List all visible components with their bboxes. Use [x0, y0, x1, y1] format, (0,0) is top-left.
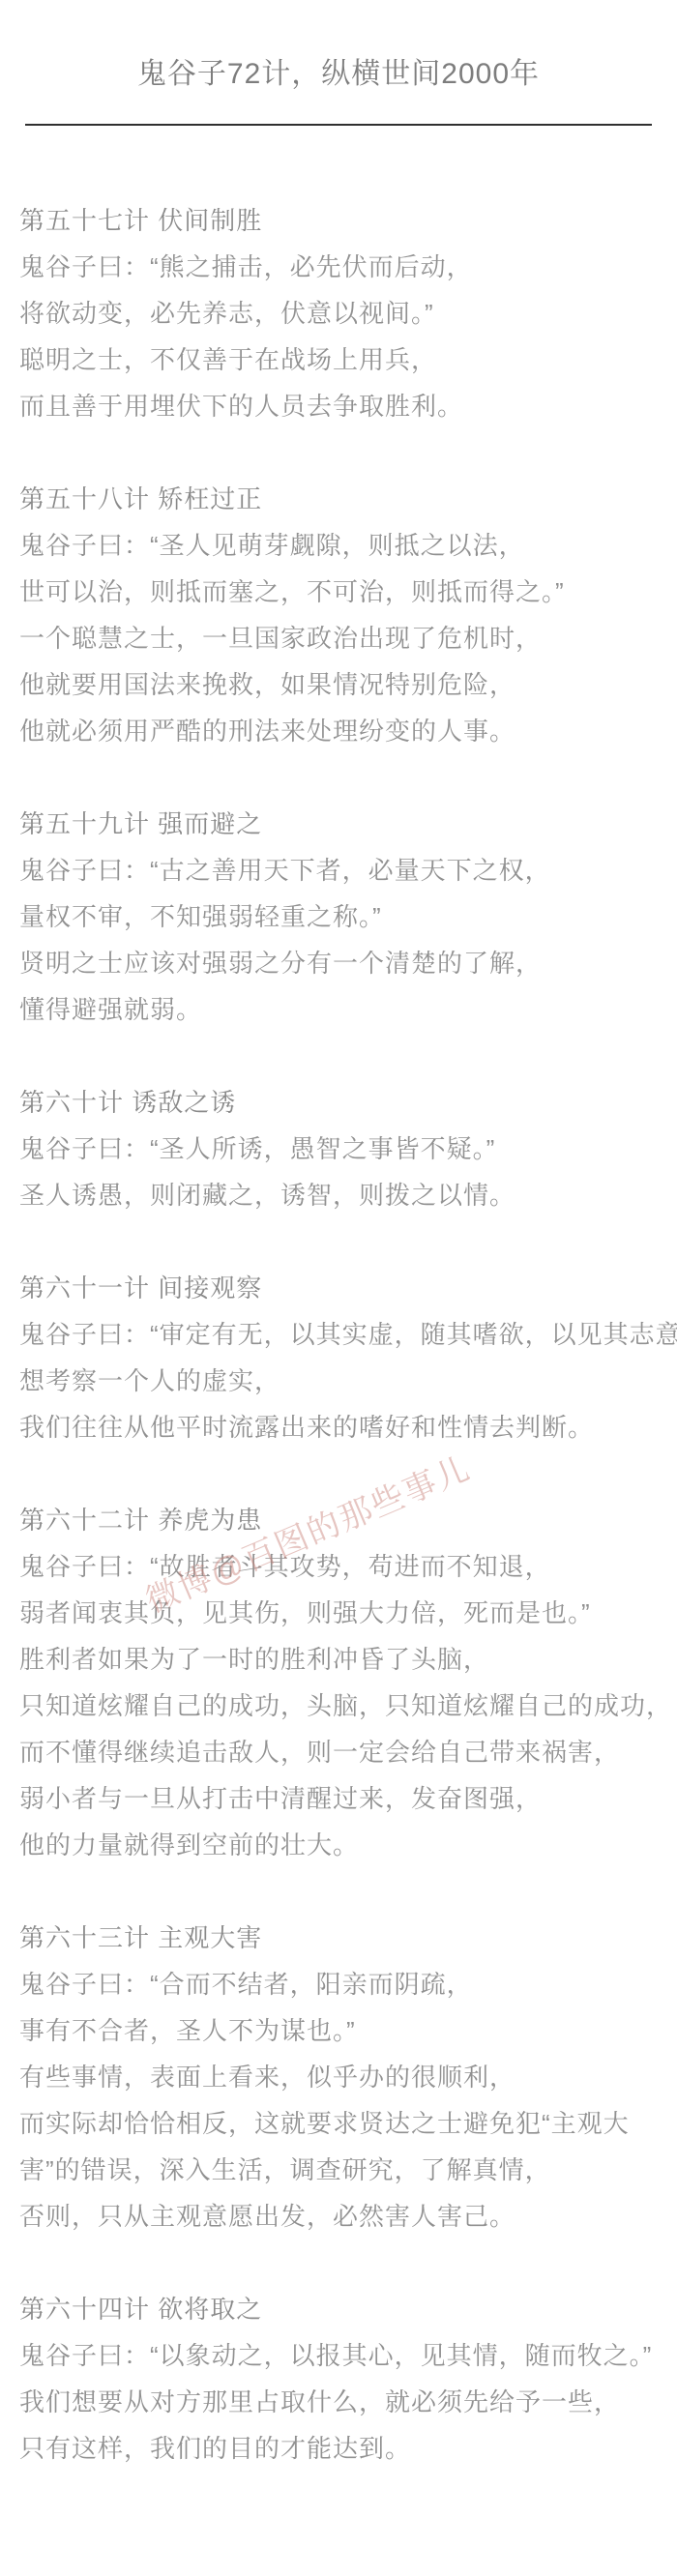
text-line: 胜利者如果为了一时的胜利冲昏了头脑， [19, 1636, 658, 1683]
text-line: 鬼谷子曰：“审定有无，以其实虚，随其嗜欲，以见其志意。” [19, 1311, 658, 1358]
text-line: 聪明之士，不仅善于在战场上用兵， [19, 337, 658, 383]
text-line: 弱小者与一旦从打击中清醒过来，发奋图强， [19, 1775, 658, 1822]
page-title: 鬼谷子72计，纵横世间2000年 [19, 54, 658, 95]
text-line: 弱者闻衷其负，见其伤，则强大力倍，死而是也。” [19, 1590, 658, 1636]
section-61: 第六十一计 间接观察 鬼谷子曰：“审定有无，以其实虚，随其嗜欲，以见其志意。” … [19, 1265, 658, 1450]
title-divider [25, 124, 652, 126]
text-line: 鬼谷子曰：“熊之捕击，必先伏而后动， [19, 244, 658, 290]
text-line: 鬼谷子曰：“圣人见萌芽觑隙，则抵之以法， [19, 522, 658, 569]
section-62: 第六十二计 养虎为患 鬼谷子曰：“故胜者斗其攻势，苟进而不知退， 弱者闻衷其负，… [19, 1497, 658, 1868]
section-heading: 第六十四计 欲将取之 [19, 2286, 658, 2332]
text-line: 事有不合者，圣人不为谋也。” [19, 2007, 658, 2054]
text-line: 懂得避强就弱。 [19, 986, 658, 1033]
text-line: 他就必须用严酷的刑法来处理纷变的人事。 [19, 708, 658, 754]
text-line: 我们想要从对方那里占取什么，就必须先给予一些， [19, 2379, 658, 2425]
text-line: 而不懂得继续追击敌人，则一定会给自己带来祸害， [19, 1729, 658, 1775]
section-heading: 第五十九计 强而避之 [19, 801, 658, 847]
text-line: 将欲动变，必先养志，伏意以视间。” [19, 290, 658, 337]
section-57: 第五十七计 伏间制胜 鬼谷子曰：“熊之捕击，必先伏而后动， 将欲动变，必先养志，… [19, 197, 658, 429]
text-line: 一个聪慧之士，一旦国家政治出现了危机时， [19, 615, 658, 661]
section-heading: 第六十二计 养虎为患 [19, 1497, 658, 1543]
text-line: 世可以治，则抵而塞之，不可治，则抵而得之。” [19, 569, 658, 615]
text-line: 他就要用国法来挽救，如果情况特别危险， [19, 661, 658, 708]
text-line: 只知道炫耀自己的成功，头脑，只知道炫耀自己的成功， [19, 1683, 658, 1729]
text-line: 有些事情，表面上看来，似乎办的很顺利， [19, 2054, 658, 2100]
section-heading: 第五十七计 伏间制胜 [19, 197, 658, 244]
text-line: 量权不审，不知强弱轻重之称。” [19, 893, 658, 940]
section-heading: 第六十三计 主观大害 [19, 1915, 658, 1961]
section-heading: 第六十计 诱敌之诱 [19, 1079, 658, 1126]
text-line: 他的力量就得到空前的壮大。 [19, 1822, 658, 1868]
text-line: 害”的错误，深入生活，调查研究，了解真情， [19, 2147, 658, 2193]
section-63: 第六十三计 主观大害 鬼谷子曰：“合而不结者，阳亲而阴疏， 事有不合者，圣人不为… [19, 1915, 658, 2239]
text-line: 我们往往从他平时流露出来的嗜好和性情去判断。 [19, 1404, 658, 1450]
text-line: 鬼谷子曰：“合而不结者，阳亲而阴疏， [19, 1961, 658, 2007]
section-59: 第五十九计 强而避之 鬼谷子曰：“古之善用天下者，必量天下之权， 量权不审，不知… [19, 801, 658, 1033]
text-line: 想考察一个人的虚实， [19, 1358, 658, 1404]
text-line: 鬼谷子曰：“故胜者斗其攻势，苟进而不知退， [19, 1543, 658, 1590]
section-heading: 第五十八计 矫枉过正 [19, 476, 658, 522]
text-line: 鬼谷子曰：“圣人所诱，愚智之事皆不疑。” [19, 1126, 658, 1172]
section-60: 第六十计 诱敌之诱 鬼谷子曰：“圣人所诱，愚智之事皆不疑。” 圣人诱愚，则闭藏之… [19, 1079, 658, 1218]
text-line: 而且善于用埋伏下的人员去争取胜利。 [19, 383, 658, 429]
text-line: 只有这样，我们的目的才能达到。 [19, 2425, 658, 2472]
article-page: 鬼谷子72计，纵横世间2000年 第五十七计 伏间制胜 鬼谷子曰：“熊之捕击，必… [0, 0, 677, 2576]
section-heading: 第六十一计 间接观察 [19, 1265, 658, 1311]
text-line: 鬼谷子曰：“以象动之，以报其心，见其情，随而牧之。” [19, 2332, 658, 2379]
text-line: 圣人诱愚，则闭藏之，诱智，则拨之以情。 [19, 1172, 658, 1218]
section-58: 第五十八计 矫枉过正 鬼谷子曰：“圣人见萌芽觑隙，则抵之以法， 世可以治，则抵而… [19, 476, 658, 754]
text-line: 否则，只从主观意愿出发，必然害人害己。 [19, 2193, 658, 2239]
text-line: 鬼谷子曰：“古之善用天下者，必量天下之权， [19, 847, 658, 893]
text-line: 贤明之士应该对强弱之分有一个清楚的了解， [19, 940, 658, 986]
section-64: 第六十四计 欲将取之 鬼谷子曰：“以象动之，以报其心，见其情，随而牧之。” 我们… [19, 2286, 658, 2472]
text-line: 而实际却恰恰相反，这就要求贤达之士避免犯“主观大 [19, 2100, 658, 2147]
